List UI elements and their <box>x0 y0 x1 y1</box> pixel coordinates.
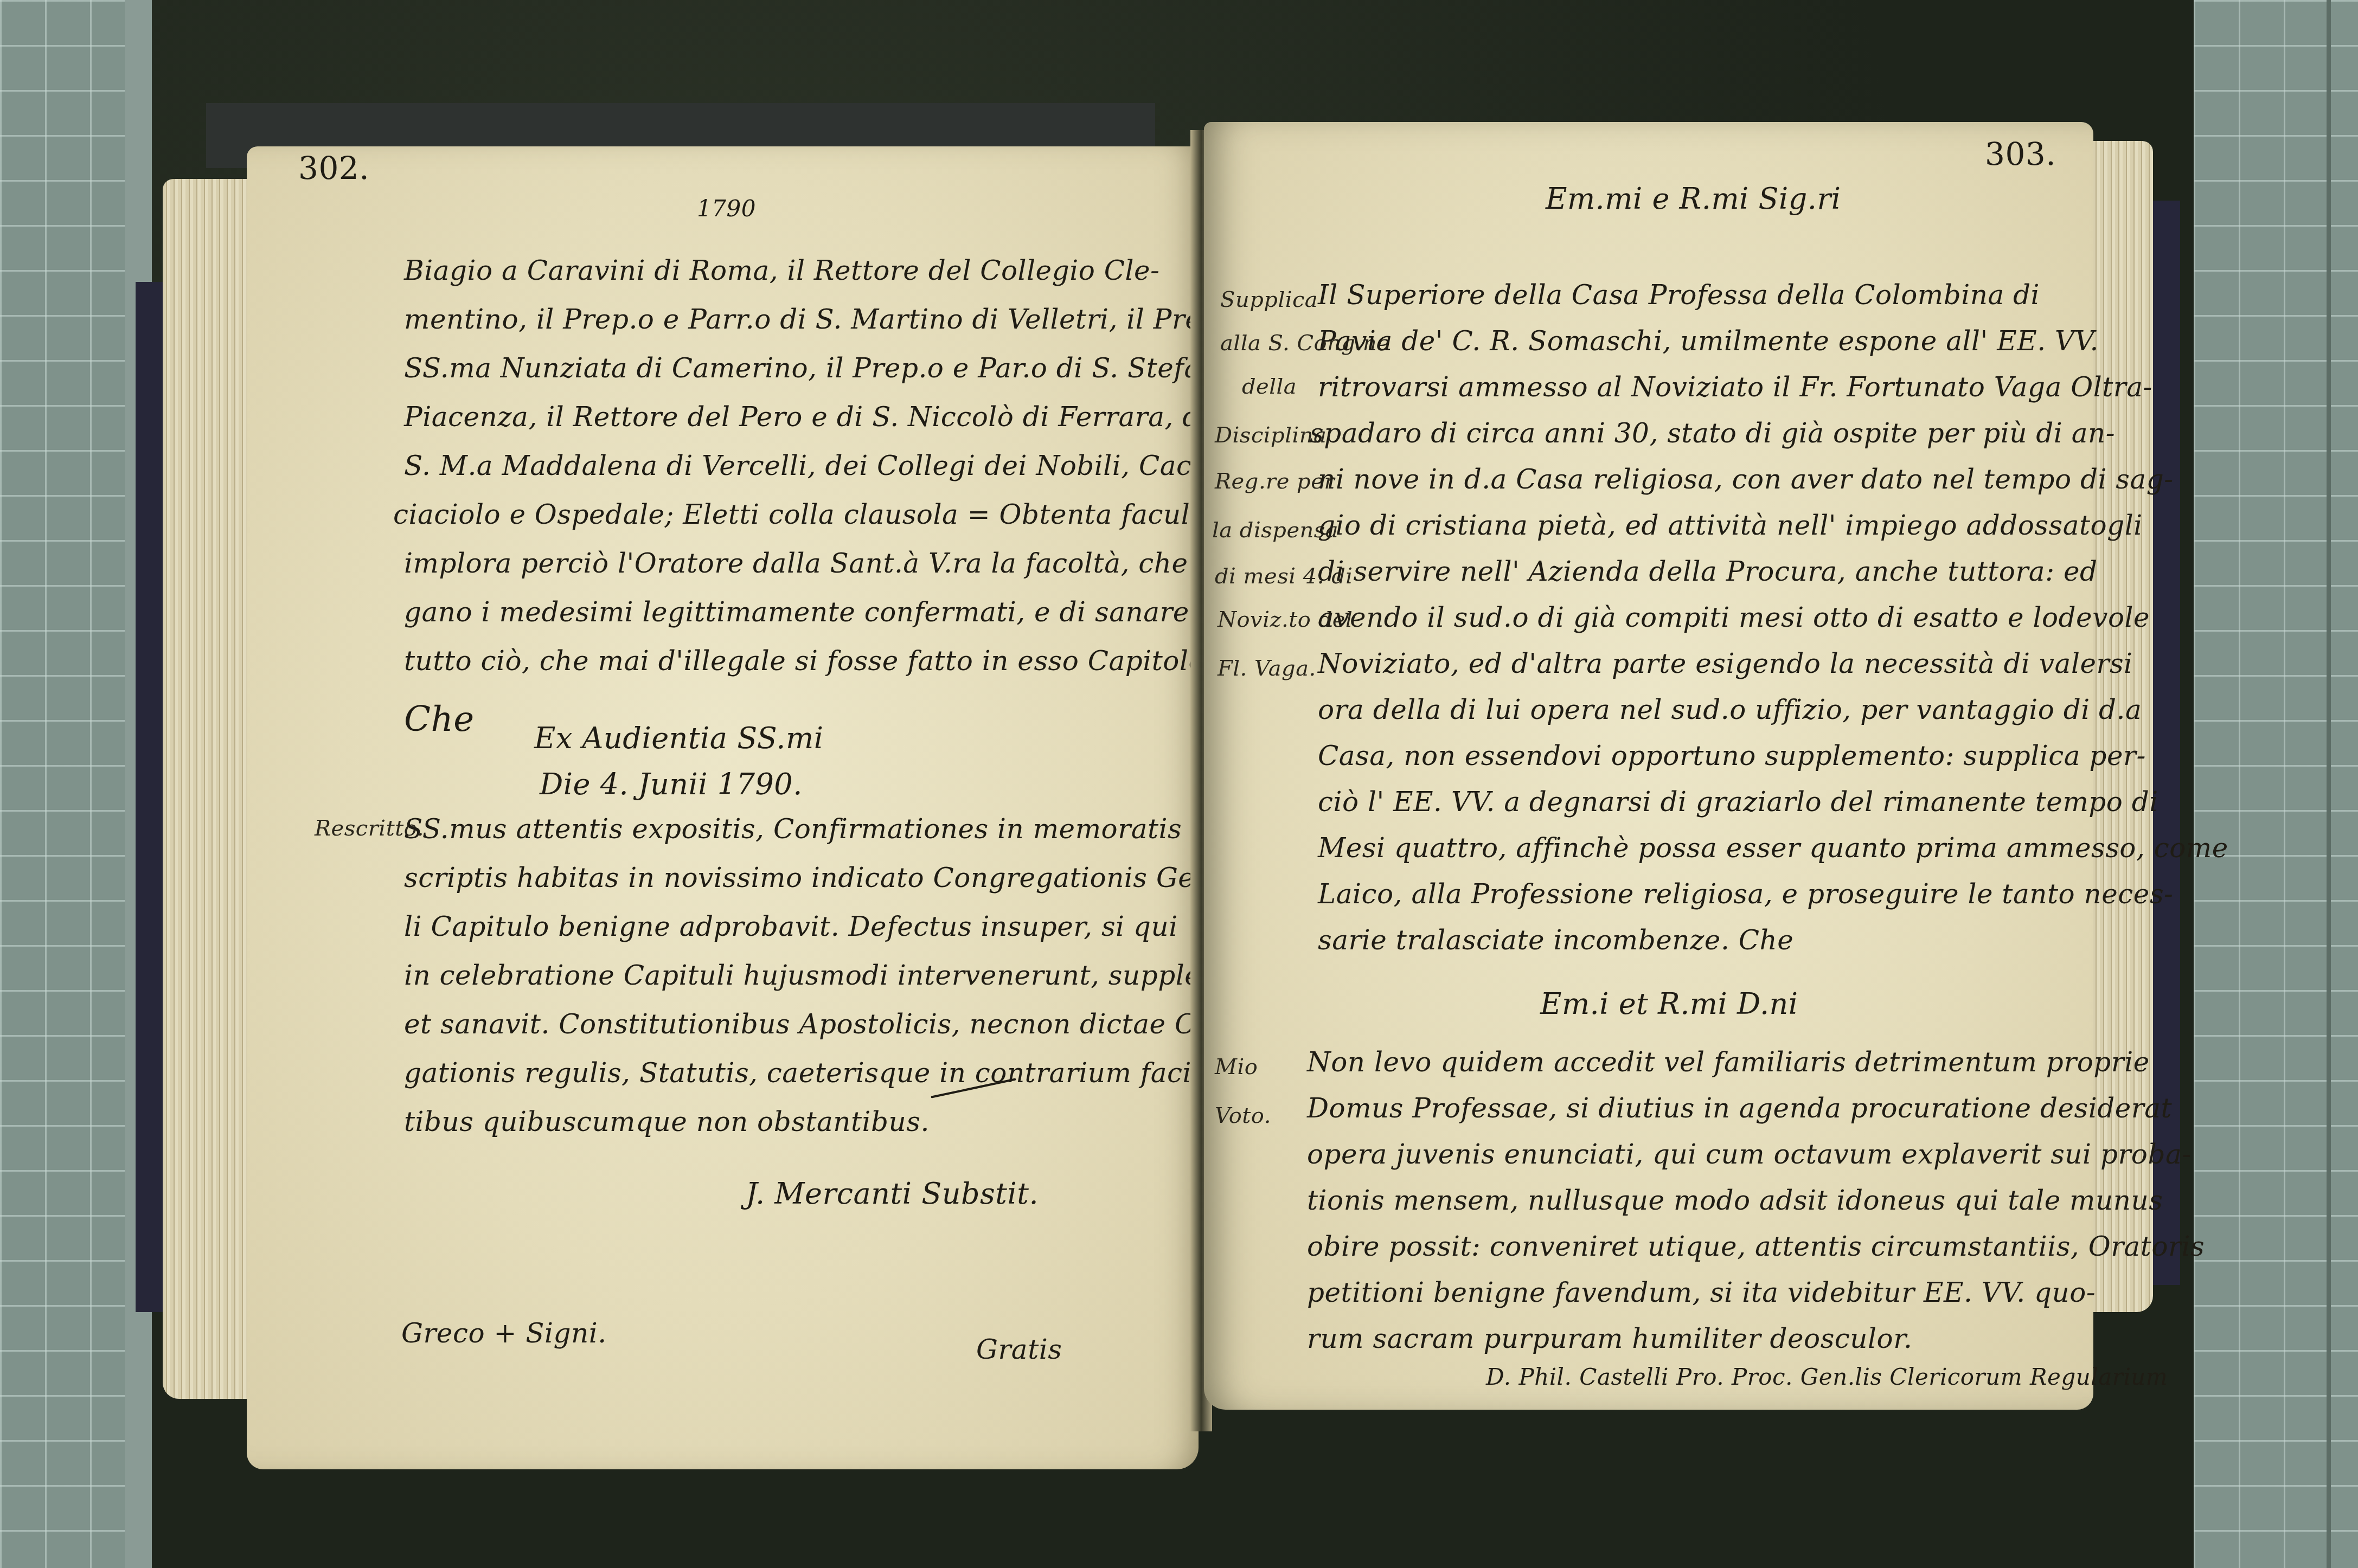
text-line: Non levo quidem accedit vel familiaris d… <box>1307 1046 2150 1078</box>
salutation-heading: Em.mi e R.mi Sig.ri <box>1546 182 1841 216</box>
text-line: di servire nell' Azienda della Procura, … <box>1318 556 2097 587</box>
text-line: obire possit: conveniret utique, attenti… <box>1307 1231 2205 1262</box>
text-line: Pavia de' C. R. Somaschi, umilmente espo… <box>1318 325 2099 357</box>
vote-margin-label: Voto. <box>1215 1103 1271 1128</box>
text-line: Laico, alla Professione religiosa, e pro… <box>1318 878 2174 910</box>
text-line: S. M.a Maddalena di Vercelli, dei Colleg… <box>404 450 1201 481</box>
text-line: SS.ma Nunziata di Camerino, il Prep.o e … <box>404 352 1270 384</box>
margin-note: Supplica <box>1220 287 1318 312</box>
text-line: mentino, il Prep.o e Parr.o di S. Martin… <box>404 304 1322 335</box>
folio-number-left: 302. <box>298 150 369 187</box>
text-line: in celebratione Capituli hujusmodi inter… <box>404 960 1246 991</box>
vote-margin-label: Mio <box>1215 1055 1258 1079</box>
text-line: implora perciò l'Oratore dalla Sant.à V.… <box>404 548 1256 579</box>
text-line: ciaciolo e Ospedale; Eletti colla clauso… <box>393 499 1254 530</box>
text-line: Piacenza, il Rettore del Pero e di S. Ni… <box>404 401 1209 433</box>
text-line: ora della di lui opera nel sud.o uffizio… <box>1318 694 2142 725</box>
text-line: et sanavit. Constitutionibus Apostolicis… <box>404 1008 1286 1040</box>
margin-note: della <box>1242 374 1297 399</box>
text-line: ciò l' EE. VV. a degnarsi di graziarlo d… <box>1318 786 2158 818</box>
margin-note: Fl. Vaga. <box>1218 656 1316 681</box>
substitute-signature: J. Mercanti Substit. <box>746 1177 1039 1211</box>
page-edges-left <box>163 179 255 1399</box>
grid-mat-right <box>2194 0 2358 1568</box>
text-line: rum sacram purpuram humiliter deosculor. <box>1307 1323 1912 1354</box>
grid-mat-left <box>0 0 125 1568</box>
audience-line: Ex Audientia SS.mi <box>534 721 823 755</box>
text-line: SS.mus attentis expositis, Confirmatione… <box>404 813 1268 845</box>
vote-salutation: Em.i et R.mi D.ni <box>1540 987 1798 1021</box>
text-line: tibus quibuscumque non obstantibus. <box>404 1106 930 1138</box>
left-page: 302. 1790 Biagio a Caravini di Roma, il … <box>247 146 1199 1469</box>
text-line: opera juvenis enunciati, qui cum octavum… <box>1307 1139 2192 1170</box>
footer-left-note: Greco + Signi. <box>401 1318 607 1349</box>
text-line: tionis mensem, nullusque modo adsit idon… <box>1307 1185 2163 1216</box>
year-heading: 1790 <box>697 195 756 222</box>
grid-mat-right-edge <box>2327 0 2331 1568</box>
folio-number-right: 303. <box>1985 136 2056 172</box>
text-line: Domus Professae, si diutius in agenda pr… <box>1307 1093 2172 1124</box>
text-line: ni nove in d.a Casa religiosa, con aver … <box>1318 464 2174 495</box>
text-line: scriptis habitas in novissimo indicato C… <box>404 862 1267 894</box>
text-line: Noviziato, ed d'altra parte esigendo la … <box>1318 648 2133 679</box>
text-line: li Capitulo benigne adprobavit. Defectus… <box>404 911 1178 942</box>
text-line: Mesi quattro, affinchè possa esser quant… <box>1318 832 2228 864</box>
text-line: Casa, non essendovi opportuno supplement… <box>1318 740 2146 772</box>
text-line: gio di cristiana pietà, ed attività nell… <box>1318 510 2143 541</box>
vote-signature: D. Phil. Castelli Pro. Proc. Gen.lis Cle… <box>1486 1364 2168 1390</box>
text-line: Biagio a Caravini di Roma, il Rettore de… <box>404 255 1159 286</box>
text-line: tutto ciò, che mai d'illegale si fosse f… <box>404 645 1214 677</box>
margin-note: Reg.re per <box>1215 469 1335 494</box>
text-line: petitioni benigne favendum, si ita videb… <box>1307 1277 2096 1308</box>
text-line: Che <box>404 699 475 740</box>
text-line: gano i medesimi legittimamente confermat… <box>404 596 1189 628</box>
text-line: gationis regulis, Statutis, caeterisque … <box>404 1057 1235 1089</box>
audience-date: Die 4. Junii 1790. <box>540 767 803 801</box>
right-page: 303. Em.mi e R.mi Sig.ri Supplica alla S… <box>1204 122 2093 1410</box>
text-line: Il Superiore della Casa Professa della C… <box>1318 279 2040 311</box>
footer-right-note: Gratis <box>976 1334 1062 1365</box>
text-line: sarie tralasciate incombenze. Che <box>1318 924 1793 956</box>
text-line: avendo il sud.o di già compiti mesi otto… <box>1318 602 2150 633</box>
text-line: ritrovarsi ammesso al Noviziato il Fr. F… <box>1318 371 2152 403</box>
text-line: spadaro di circa anni 30, stato di già o… <box>1310 417 2115 449</box>
